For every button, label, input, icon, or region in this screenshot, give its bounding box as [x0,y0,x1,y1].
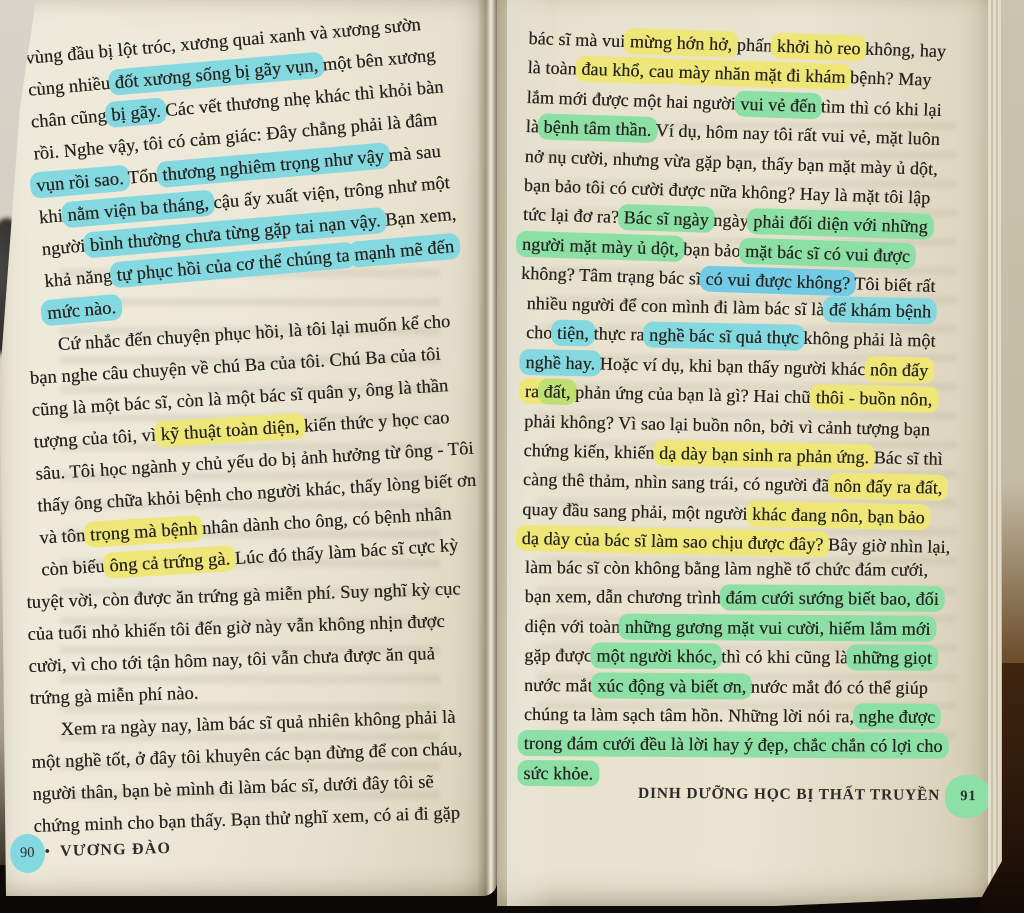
right-text-top: bác sĩ mà vui mừng hớn hở, phấn khởi hò … [521,24,947,302]
text-segment: khả năng [44,265,118,291]
text-segment: bệnh? May [845,67,932,90]
text-segment: kiến thức y học cao [299,407,450,436]
highlight-green: sức khỏe. [517,760,599,787]
text-segment: tượng của tôi, vì [33,424,161,452]
right-text-bottom: làm bác sĩ còn không bằng làm nghề tổ ch… [523,553,944,791]
right-page-number: 91 [945,775,991,818]
text-segment: nhiều người để con mình đi làm bác sĩ là [526,293,829,319]
highlight-yellow: khác đang nôn, bạn bảo [746,500,931,530]
text-segment: chân cũng [30,105,112,132]
text-segment: cùng nhiều [27,72,115,99]
text-segment: bác sĩ mà vui [528,28,630,51]
text-segment: không? Tâm trạng bác sĩ [521,263,706,289]
highlight-green: những giọt [847,644,938,671]
text-segment: thì có khi cũng là [717,647,853,668]
text-line: chúng ta làm sạch tâm hồn. Những lời nói… [524,700,943,732]
highlight-yellow: khởi hò reo [771,33,867,62]
highlight-yellow: trọng mà bệnh [83,515,204,548]
text-line: trong đám cưới đều là lời hay ý đẹp, chắ… [524,729,943,761]
text-segment: diện với toàn [524,616,625,637]
highlight-yellow: nôn đấy [864,356,935,383]
text-segment: không phải là một [799,328,936,351]
text-line: gặp được một người khóc, thì có khi cũng… [524,641,943,673]
highlight-yellow: nôn đấy ra đất, [828,473,949,502]
text-segment: là toàn [527,57,581,79]
highlight-cyan: nghề hay. [519,349,601,377]
text-segment: nước mắt [524,675,597,696]
text-segment: tức lại đơ ra? [523,204,624,227]
text-segment: chúng ta làm sạch tâm hồn. Những lời nói… [524,704,859,726]
right-page-footer: DINH DƯỠNG HỌC BỊ THẤT TRUYỀN•91 [637,785,976,805]
highlight-blue: có vui được không? [699,266,856,297]
highlight-green: người mặt mày ủ dột, [516,231,685,262]
footer-separator: • [44,843,50,860]
text-segment: Lúc đó thấy làm bác sĩ cực kỳ [229,535,458,569]
highlight-cyan: bị gãy. [104,97,168,128]
left-page-number: 90 [10,833,46,873]
text-segment: tìm thì có khi lại [816,96,942,120]
highlight-green: Bác sĩ ngày [617,204,715,233]
text-segment: càng thê thảm, nhìn sang trái, có người … [523,469,834,496]
highlight-yellow: đau khổ, cau [575,56,680,85]
text-segment: nước mắt đó có thể giúp [746,676,928,697]
text-segment: Tôi biết rất [850,273,936,296]
highlight-green: mặt bác sĩ có vui được [739,238,917,270]
text-segment: chứng minh cho bạn thấy. Bạn thử nghĩ xe… [33,802,460,835]
left-page-footer: 90•VƯƠNG ĐÀO [20,840,172,862]
text-segment: Ví dụ, hôm nay tôi rất vui vẻ, mặt luôn [651,120,940,149]
text-segment: gặp được [524,645,596,666]
highlight-green: phải đối diện với những [747,208,934,240]
text-line: làm bác sĩ còn không bằng làm nghề tổ ch… [525,553,944,585]
left-page: vùng đầu bị lột tróc, xương quai xanh và… [0,0,497,896]
text-line: nước mắt xúc động và biết ơn, nước mắt đ… [524,671,943,703]
highlight-cyan: nghề bác sĩ quả thực [643,322,805,351]
highlight-green: trong đám cưới đều là lời hay ý đẹp, chắ… [518,730,949,759]
highlight-green: những gương mặt vui cười, hiếm lắm mới [619,613,937,641]
text-segment: không, hay [860,38,946,61]
highlight-yellow: thôi - buồn nôn, [809,384,938,413]
text-segment: Bạn xem, [380,204,457,230]
text-segment: còn biếu [41,556,110,580]
text-segment: một bên xương [317,45,436,75]
text-segment: cười, vì cho tới tận hôm nay, tôi vẫn ch… [28,643,435,676]
highlight-green: một người khóc, [590,643,722,670]
text-segment: phải không? Vì sao lại buồn nôn, bởi vì … [524,411,930,439]
text-segment: làm bác sĩ còn không bằng làm nghề tổ ch… [525,557,928,580]
right-text-middle: nhiều người để con mình đi làm bác sĩ là… [521,289,955,563]
text-segment: Bác sĩ thì [869,447,943,469]
text-line: bạn xem, dẫn chương trình đám cưới sướng… [525,582,944,614]
text-segment: và tôn [39,525,91,548]
left-text-bottom: tuyệt vời, còn được ăn trứng gà miễn phí… [26,572,468,842]
right-page: bác sĩ mà vui mừng hớn hở, phấn khởi hò … [497,0,1002,906]
highlight-green: bệnh tâm thần. [537,114,658,144]
highlight-yellow: mừng hớn hở, [623,28,738,58]
highlight-yellow: ông cả trứng gà. [103,545,237,579]
left-text-top: vùng đầu bị lột tróc, xương quai xanh và… [24,6,463,328]
left-text-middle: Cứ nhắc đến chuyện phục hồi, là tôi lại … [27,304,481,586]
text-line: diện với toàn những gương mặt vui cười, … [524,612,943,644]
highlight-green: vui vẻ đến [734,90,823,119]
text-segment: Hoặc ví dụ, khi bạn thấy người khác [595,353,870,379]
highlight-yellow: mày nhăn mặt đi khám [672,59,852,91]
highlight-cyan: để khám bệnh [823,296,938,324]
text-segment: Bây giờ nhìn lại, [823,535,950,558]
text-segment: bạn bảo [678,239,745,261]
highlight-green: xúc động và biết ơn, [591,672,752,699]
book-author: VƯƠNG ĐÀO [60,840,172,860]
book-photo: vùng đầu bị lột tróc, xương quai xanh và… [0,0,1024,913]
text-segment: lắm mới được một hai người [526,87,740,114]
text-segment: quay đầu sang phải, một người [522,499,752,524]
highlight-yellow: dạ dày bạn sinh ra phản ứng. [653,440,876,471]
text-segment: trứng gà miễn phí nào. [29,683,199,708]
highlight-green: nghe được [852,703,941,730]
text-segment: bạn xem, dẫn chương trình [525,586,726,607]
text-segment: chứng kiến, khiến [523,440,659,463]
text-segment: thực ra [589,324,650,345]
highlight-cyan: mạnh mẽ đến [347,233,461,268]
highlight-cyan: mức nào. [40,294,123,327]
text-segment: phản ứng của bạn là gì? Hai chữ [570,382,816,407]
highlight-green: đám cưới sướng biết bao, đối [719,585,945,613]
book-title: DINH DƯỠNG HỌC BỊ THẤT TRUYỀN [637,785,939,804]
text-segment: mà sau [383,141,441,166]
